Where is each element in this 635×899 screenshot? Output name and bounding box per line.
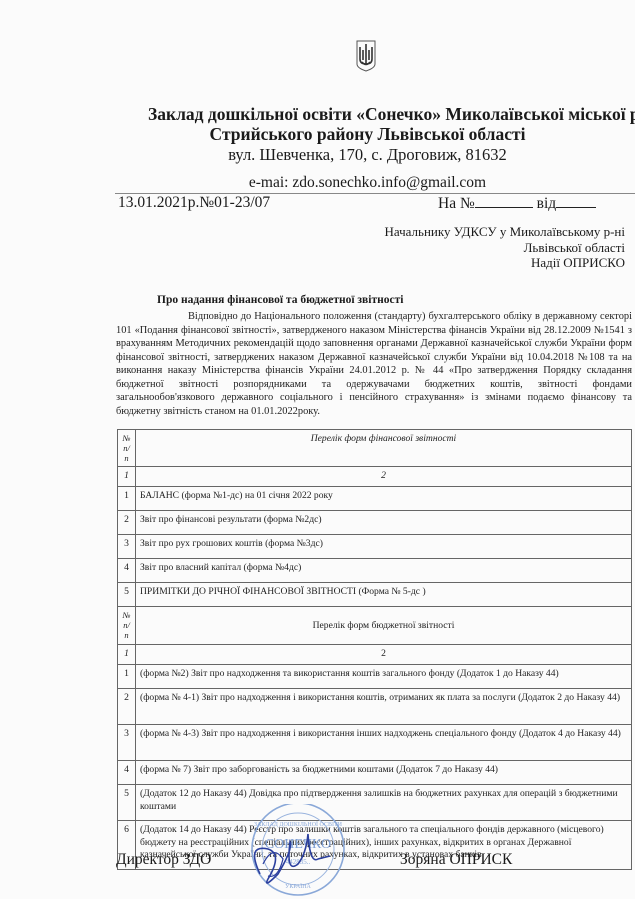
row-text: (Додаток 12 до Наказу 44) Довідка про пі… — [136, 785, 632, 821]
row-number: 4 — [118, 761, 136, 785]
column-index: 2 — [136, 467, 632, 487]
letter-body: Відповідно до Національного положення (с… — [116, 310, 632, 418]
row-text: (форма №2) Звіт про надходження та викор… — [136, 665, 632, 689]
row-number: 1 — [118, 665, 136, 689]
financial-forms-header: Перелік форм фінансової звітності — [136, 430, 632, 467]
svg-text:СОНЕЧКО: СОНЕЧКО — [265, 837, 331, 852]
column-index-row: 1 2 — [118, 645, 632, 665]
addressee-block: Начальнику УДКСУ у Миколаївському р-ні Л… — [385, 224, 626, 271]
organization-email: e-mai: zdo.sonechko.info@gmail.com — [0, 174, 635, 192]
organization-address: вул. Шевченка, 170, с. Дроговиж, 81632 — [0, 145, 635, 165]
column-index-row: 1 2 — [118, 467, 632, 487]
table-header-row: №п/п Перелік форм бюджетної звітності — [118, 607, 632, 645]
forms-table: №п/п Перелік форм фінансової звітності 1… — [117, 429, 632, 870]
row-number: 2 — [118, 689, 136, 725]
table-row: 2 Звіт про фінансові результати (форма №… — [118, 511, 632, 535]
organization-district: Стрийського району Львівської області — [0, 124, 635, 145]
table-row: 3 Звіт про рух грошових коштів (форма №3… — [118, 535, 632, 559]
row-number: 4 — [118, 559, 136, 583]
table-row: 2 (форма № 4-1) Звіт про надходження і в… — [118, 689, 632, 725]
row-number: 5 — [118, 583, 136, 607]
table-row: 3 (форма № 4-3) Звіт про надходження і в… — [118, 725, 632, 761]
incoming-reference: На № від — [438, 194, 596, 213]
svg-text:ЗАКЛАД ДОШКІЛЬНОЇ ОСВІТИ: ЗАКЛАД ДОШКІЛЬНОЇ ОСВІТИ — [254, 821, 343, 828]
signatory-title: Директор ЗДО — [116, 851, 211, 869]
addressee-line: Начальнику УДКСУ у Миколаївському р-ні — [385, 224, 626, 240]
row-text: БАЛАНС (форма №1-дс) на 01 січня 2022 ро… — [136, 487, 632, 511]
row-text: (форма № 7) Звіт про заборгованість за б… — [136, 761, 632, 785]
table-row: 4 (форма № 7) Звіт про заборгованість за… — [118, 761, 632, 785]
num-header: №п/п — [118, 607, 136, 645]
row-text: Звіт про власний капітал (форма №4дс) — [136, 559, 632, 583]
row-text: Звіт про рух грошових коштів (форма №3дс… — [136, 535, 632, 559]
signatory-name: Зоряна ОПРИСК — [400, 851, 512, 869]
row-number: 2 — [118, 511, 136, 535]
row-number: 3 — [118, 535, 136, 559]
row-text: ПРИМІТКИ ДО РІЧНОЇ ФІНАНСОВОЇ ЗВІТНОСТІ … — [136, 583, 632, 607]
row-number: 5 — [118, 785, 136, 821]
table-row: 5 (Додаток 12 до Наказу 44) Довідка про … — [118, 785, 632, 821]
incoming-number-blank — [475, 194, 533, 208]
addressee-line: Львівської області — [385, 240, 626, 256]
svg-text:УКРАЇНА: УКРАЇНА — [285, 883, 311, 890]
table-row: 5 ПРИМІТКИ ДО РІЧНОЇ ФІНАНСОВОЇ ЗВІТНОСТ… — [118, 583, 632, 607]
row-text: (форма № 4-1) Звіт про надходження і вик… — [136, 689, 632, 725]
row-text: (форма № 4-3) Звіт про надходження і вик… — [136, 725, 632, 761]
incoming-prefix: На № — [438, 195, 475, 212]
table-row: 1 БАЛАНС (форма №1-дс) на 01 січня 2022 … — [118, 487, 632, 511]
incoming-date-blank — [556, 194, 596, 208]
table-header-row: №п/п Перелік форм фінансової звітності — [118, 430, 632, 467]
column-index: 1 — [118, 467, 136, 487]
table-row: 1 (форма №2) Звіт про надходження та вик… — [118, 665, 632, 689]
budget-forms-header: Перелік форм бюджетної звітності — [136, 607, 632, 645]
ukraine-coat-of-arms-icon — [356, 40, 376, 72]
row-number: 1 — [118, 487, 136, 511]
outgoing-number: 13.01.2021р.№01-23/07 — [118, 194, 270, 212]
column-index: 2 — [136, 645, 632, 665]
row-text: Звіт про фінансові результати (форма №2д… — [136, 511, 632, 535]
addressee-line: Надії ОПРИСКО — [385, 255, 626, 271]
letter-subject: Про надання фінансової та бюджетної звіт… — [157, 294, 403, 306]
column-index: 1 — [118, 645, 136, 665]
incoming-from-label: від — [537, 195, 557, 212]
num-header: №п/п — [118, 430, 136, 467]
table-row: 4 Звіт про власний капітал (форма №4дс) — [118, 559, 632, 583]
row-number: 3 — [118, 725, 136, 761]
official-stamp-icon: ЗАКЛАД ДОШКІЛЬНОЇ ОСВІТИ СОНЕЧКО 442835.… — [238, 804, 350, 899]
organization-name: Заклад дошкільної освіти «Сонечко» Микол… — [148, 104, 635, 125]
